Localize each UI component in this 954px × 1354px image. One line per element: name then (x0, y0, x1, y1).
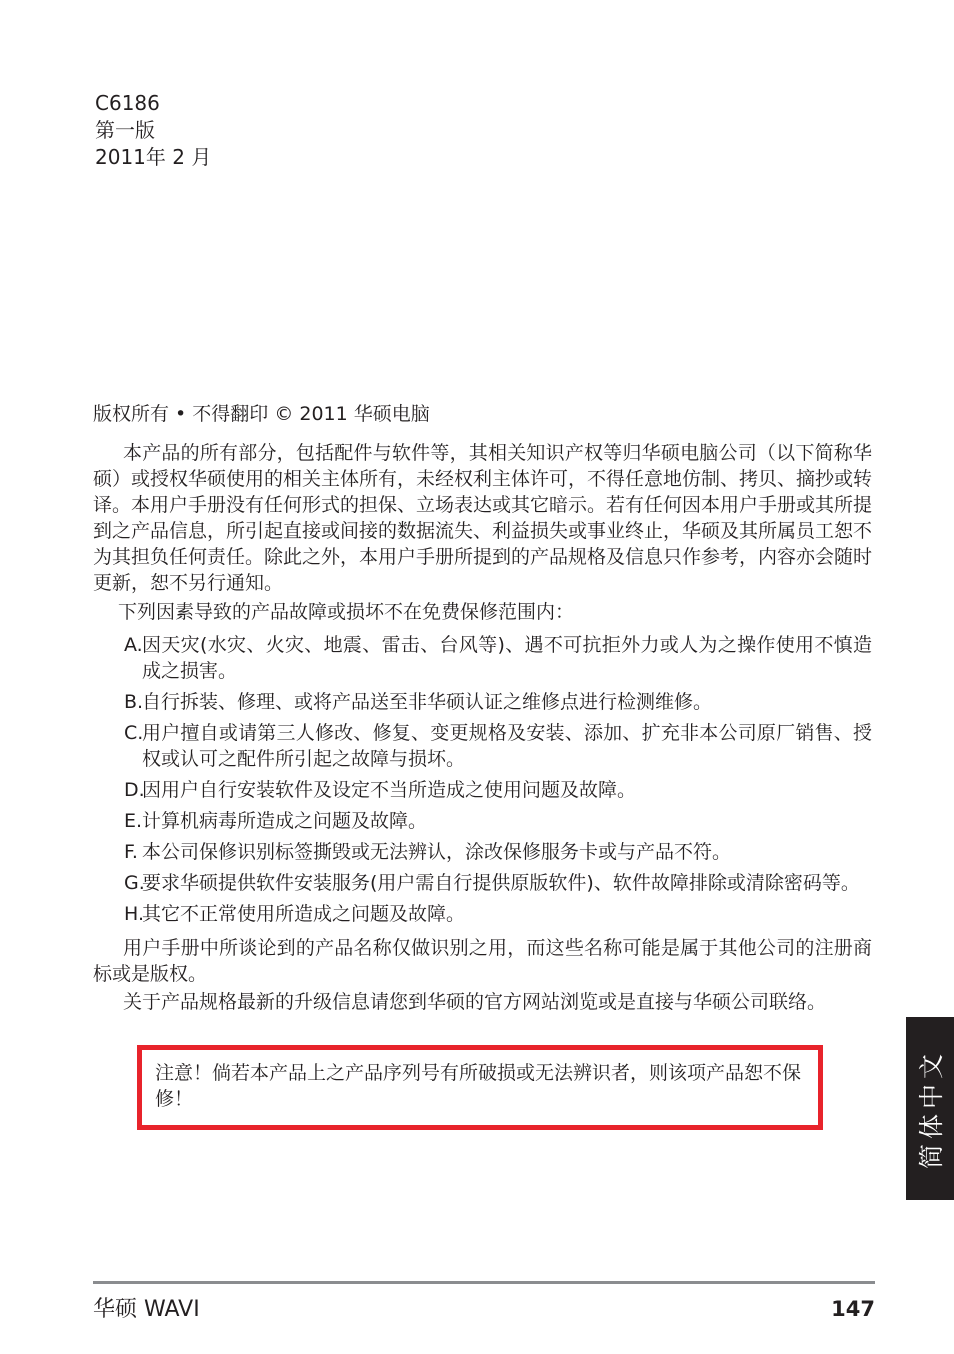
list-item-label: B. (124, 689, 143, 715)
copyright-heading: 版权所有 • 不得翻印 © 2011 华硕电脑 (93, 401, 872, 427)
list-item: A. 因天灾(水灾、火灾、地震、雷击、台风等)、遇不可抗拒外力或人为之操作使用不… (93, 632, 872, 684)
list-item-label: D. (124, 777, 145, 803)
serial-number-warning-box: 注意！倘若本产品上之产品序列号有所破损或无法辨识者，则该项产品恕不保修！ (137, 1045, 823, 1130)
list-item-text: 要求华硕提供软件安装服务(用户需自行提供原版软件)、软件故障排除或清除密码等。 (142, 872, 860, 894)
spec-update-paragraph: 关于产品规格最新的升级信息请您到华硕的官方网站浏览或是直接与华硕公司联络。 (93, 989, 872, 1015)
serial-number-warning-text: 注意！倘若本产品上之产品序列号有所破损或无法辨识者，则该项产品恕不保修！ (155, 1062, 801, 1110)
list-item-text: 自行拆装、修理、或将产品送至非华硕认证之维修点进行检测维修。 (142, 691, 712, 713)
list-item: F. 本公司保修识别标签撕毁或无法辨认，涂改保修服务卡或与产品不符。 (93, 839, 872, 865)
language-tab-simplified-chinese: 简体中文 (906, 1017, 954, 1200)
list-item-text: 因用户自行安装软件及设定不当所造成之使用问题及故障。 (142, 779, 636, 801)
page-footer: 华硕 WAVI 147 (93, 1281, 875, 1323)
list-item-label: C. (124, 720, 143, 746)
footer-page-number: 147 (831, 1297, 875, 1321)
list-item-label: A. (124, 632, 143, 658)
language-tab-label: 简体中文 (912, 1048, 948, 1168)
list-item: C. 用户擅自或请第三人修改、修复、变更规格及安装、添加、扩充非本公司原厂销售、… (93, 720, 872, 772)
document-edition: 第一版 (95, 117, 211, 144)
list-item-label: F. (124, 839, 138, 865)
exclusions-intro: 下列因素导致的产品故障或损坏不在免费保修范围内： (93, 599, 872, 625)
copyright-section: 版权所有 • 不得翻印 © 2011 华硕电脑 本产品的所有部分，包括配件与软件… (93, 401, 872, 1130)
document-date: 2011年 2 月 (95, 144, 211, 171)
list-item-label: E. (124, 808, 142, 834)
list-item: E. 计算机病毒所造成之问题及故障。 (93, 808, 872, 834)
trademark-paragraph: 用户手册中所谈论到的产品名称仅做识别之用，而这些名称可能是属于其他公司的注册商标… (93, 935, 872, 987)
list-item: H. 其它不正常使用所造成之问题及故障。 (93, 901, 872, 927)
list-item-text: 本公司保修识别标签撕毁或无法辨认，涂改保修服务卡或与产品不符。 (142, 841, 731, 863)
list-item-text: 计算机病毒所造成之问题及故障。 (142, 810, 427, 832)
document-id-block: C6186 第一版 2011年 2 月 (95, 90, 211, 171)
list-item-label: H. (124, 901, 144, 927)
list-item-text: 其它不正常使用所造成之问题及故障。 (142, 903, 465, 925)
list-item: B. 自行拆装、修理、或将产品送至非华硕认证之维修点进行检测维修。 (93, 689, 872, 715)
footer-product-name: 华硕 WAVI (93, 1292, 200, 1323)
document-code: C6186 (95, 90, 211, 117)
list-item-text: 用户擅自或请第三人修改、修复、变更规格及安装、添加、扩充非本公司原厂销售、授权或… (142, 722, 872, 770)
list-item: D. 因用户自行安装软件及设定不当所造成之使用问题及故障。 (93, 777, 872, 803)
list-item-text: 因天灾(水灾、火灾、地震、雷击、台风等)、遇不可抗拒外力或人为之操作使用不慎造成… (142, 634, 872, 682)
manual-page: C6186 第一版 2011年 2 月 版权所有 • 不得翻印 © 2011 华… (0, 0, 954, 1354)
copyright-paragraph: 本产品的所有部分，包括配件与软件等，其相关知识产权等归华硕电脑公司（以下简称华硕… (93, 440, 872, 596)
warranty-exclusions-list: A. 因天灾(水灾、火灾、地震、雷击、台风等)、遇不可抗拒外力或人为之操作使用不… (93, 632, 872, 927)
list-item-label: G. (124, 870, 145, 896)
list-item: G. 要求华硕提供软件安装服务(用户需自行提供原版软件)、软件故障排除或清除密码… (93, 870, 872, 896)
